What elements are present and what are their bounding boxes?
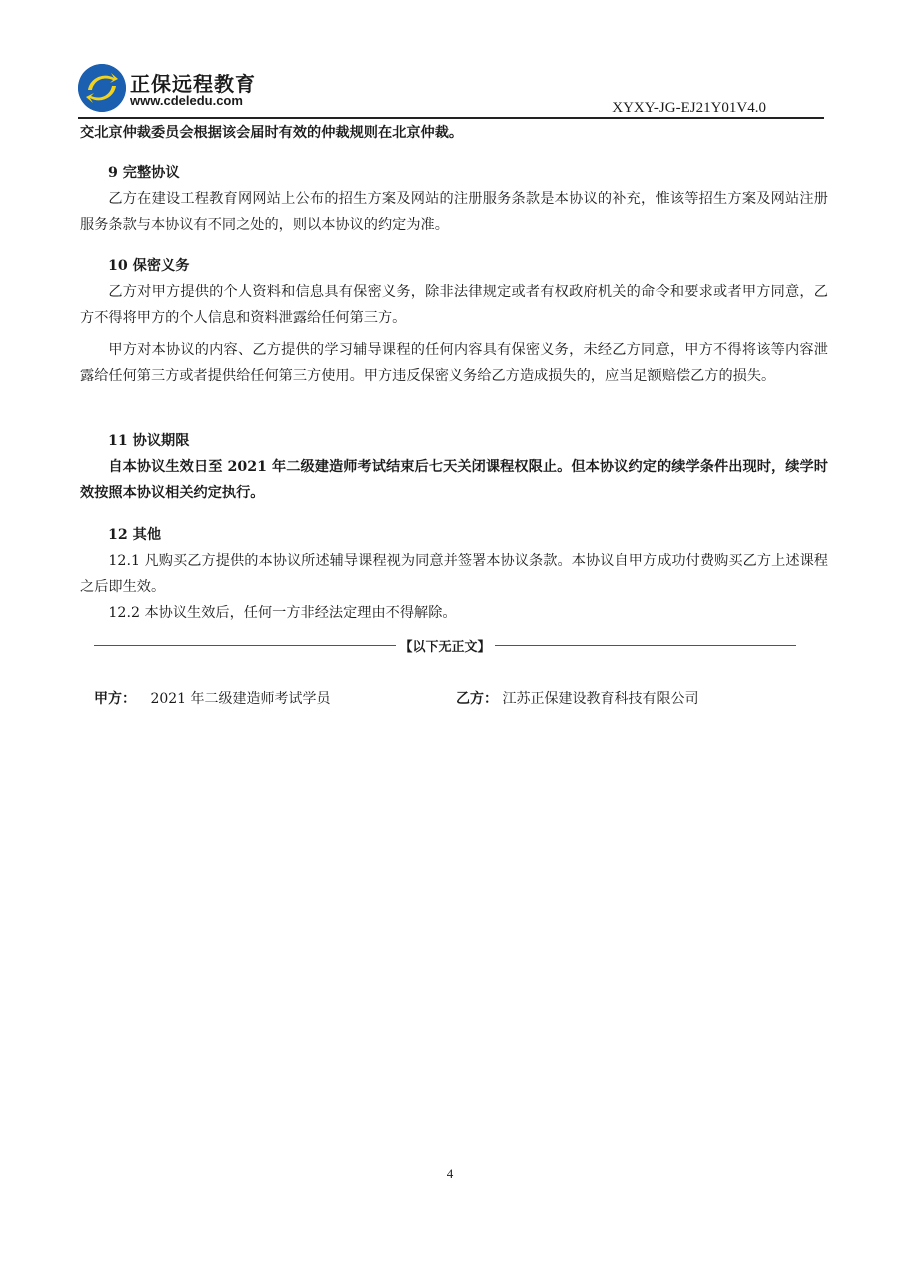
- page-header: 正保远程教育 www.cdeledu.com XYXY-JG-EJ21Y01V4…: [78, 64, 824, 118]
- section-9: 9 完整协议 乙方在建设工程教育网网站上公布的招生方案及网站的注册服务条款是本协…: [80, 160, 828, 238]
- section-heading: 12 其他: [80, 522, 828, 548]
- party-b-value: 江苏正保建设教育科技有限公司: [502, 691, 698, 707]
- paragraph: 12.1 凡购买乙方提供的本协议所述辅导课程视为同意并签署本协议条款。本协议自甲…: [80, 548, 828, 600]
- party-a-label: 甲方：: [94, 691, 136, 707]
- section-11: 11 协议期限 自本协议生效日至 2021 年二级建造师考试结束后七天关闭课程权…: [80, 428, 828, 506]
- end-of-text-divider: 【以下无正文】: [94, 633, 796, 657]
- paragraph: 12.2 本协议生效后，任何一方非经法定理由不得解除。: [80, 600, 828, 626]
- divider-line: [94, 645, 396, 646]
- section-heading: 11 协议期限: [80, 428, 828, 454]
- end-marker: 【以下无正文】: [396, 636, 495, 655]
- party-a-signature: 甲方： 2021 年二级建造师考试学员: [94, 688, 331, 708]
- document-body: 交北京仲裁委员会根据该会届时有效的仲裁规则在北京仲裁。: [80, 120, 828, 146]
- section-heading: 10 保密义务: [80, 253, 828, 279]
- document-code: XYXY-JG-EJ21Y01V4.0: [612, 100, 766, 117]
- section-10: 10 保密义务 乙方对甲方提供的个人资料和信息具有保密义务，除非法律规定或者有权…: [80, 253, 828, 389]
- cdeledu-logo-icon: [78, 64, 126, 112]
- header-rule: [78, 117, 824, 119]
- section-heading: 9 完整协议: [80, 160, 828, 186]
- page-number: 4: [0, 1166, 900, 1182]
- paragraph: 乙方在建设工程教育网网站上公布的招生方案及网站的注册服务条款是本协议的补充，惟该…: [80, 186, 828, 238]
- section-12: 12 其他 12.1 凡购买乙方提供的本协议所述辅导课程视为同意并签署本协议条款…: [80, 522, 828, 626]
- party-b-label: 乙方：: [456, 691, 498, 707]
- divider-line: [495, 645, 797, 646]
- paragraph: 自本协议生效日至 2021 年二级建造师考试结束后七天关闭课程权限止。但本协议约…: [80, 454, 828, 506]
- party-a-value: 2021 年二级建造师考试学员: [150, 691, 330, 707]
- party-b-signature: 乙方： 江苏正保建设教育科技有限公司: [456, 688, 698, 708]
- continuation-paragraph: 交北京仲裁委员会根据该会届时有效的仲裁规则在北京仲裁。: [80, 120, 828, 146]
- brand-url: www.cdeledu.com: [130, 93, 243, 108]
- paragraph: 甲方对本协议的内容、乙方提供的学习辅导课程的任何内容具有保密义务，未经乙方同意，…: [80, 337, 828, 389]
- paragraph: 乙方对甲方提供的个人资料和信息具有保密义务，除非法律规定或者有权政府机关的命令和…: [80, 279, 828, 331]
